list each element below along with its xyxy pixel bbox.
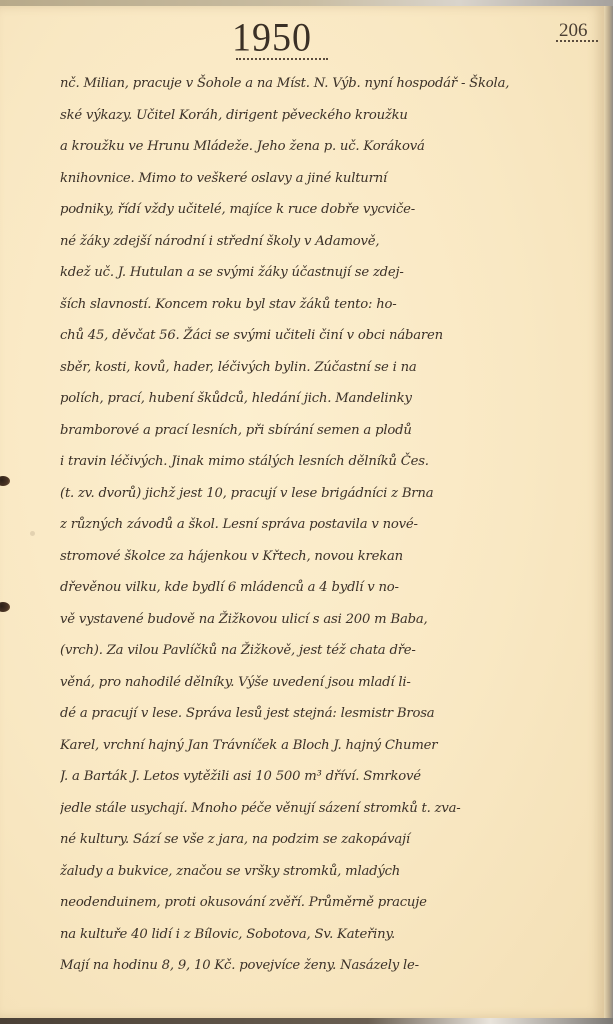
page-number: 206 <box>559 20 588 42</box>
text-line: J. a Barták J. Letos vytěžili asi 10 500… <box>60 761 560 793</box>
text-line: chů 45, děvčat 56. Žáci se svými učiteli… <box>60 320 560 352</box>
binding-hole-icon <box>0 602 10 612</box>
text-line: (vrch). Za vilou Pavlíčků na Žižkově, je… <box>60 635 560 667</box>
text-line: ské výkazy. Učitel Koráh, dirigent pěvec… <box>60 100 560 132</box>
chronicle-page: 1950 206 nč. Milian, pracuje v Šohole a … <box>0 6 604 1018</box>
text-line: a kroužku ve Hrunu Mládeže. Jeho žena p.… <box>60 131 560 163</box>
text-line: ších slavností. Koncem roku byl stav žák… <box>60 289 560 321</box>
text-line: knihovnice. Mimo to veškeré oslavy a jin… <box>60 163 560 195</box>
text-line: sběr, kosti, kovů, hader, léčivých bylin… <box>60 352 560 384</box>
text-line: nč. Milian, pracuje v Šohole a na Míst. … <box>60 68 560 100</box>
text-line: žaludy a bukvice, značou se vršky stromk… <box>60 856 560 888</box>
text-line: bramborové a prací lesních, při sbírání … <box>60 415 560 447</box>
text-line: podniky, řídí vždy učitelé, majíce k ruc… <box>60 194 560 226</box>
text-line: (t. zv. dvorů) jichž jest 10, pracují v … <box>60 478 560 510</box>
binding-hole-icon <box>0 476 10 486</box>
handwritten-text-block: nč. Milian, pracuje v Šohole a na Míst. … <box>60 68 560 982</box>
text-line: stromové školce za hájenkou v Křtech, no… <box>60 541 560 573</box>
text-line: Karel, vrchní hajný Jan Trávníček a Bloc… <box>60 730 560 762</box>
year-underline-decoration <box>236 58 328 60</box>
text-line: jedle stále usychají. Mnoho péče věnují … <box>60 793 560 825</box>
year-heading: 1950 <box>232 15 312 61</box>
scanner-bottom-edge <box>0 1018 613 1024</box>
text-line: dé a pracují v lese. Správa lesů jest st… <box>60 698 560 730</box>
text-line: polích, prací, hubení škůdců, hledání ji… <box>60 383 560 415</box>
page-number-underline-decoration <box>556 40 598 42</box>
page-right-edge <box>604 6 613 1018</box>
text-line: né žáky zdejší národní i střední školy v… <box>60 226 560 258</box>
text-line: z různých závodů a škol. Lesní správa po… <box>60 509 560 541</box>
text-line: dřevěnou vilku, kde bydlí 6 mládenců a 4… <box>60 572 560 604</box>
text-line: i travin léčivých. Jinak mimo stálých le… <box>60 446 560 478</box>
text-line: Mají na hodinu 8, 9, 10 Kč. povejvíce že… <box>60 950 560 982</box>
scan-frame: 1950 206 nč. Milian, pracuje v Šohole a … <box>0 0 613 1024</box>
text-line: věná, pro nahodilé dělníky. Výše uvedení… <box>60 667 560 699</box>
text-line: neodenduinem, proti okusování zvěří. Prů… <box>60 887 560 919</box>
text-line: né kultury. Sází se vše z jara, na podzi… <box>60 824 560 856</box>
paper-stain <box>30 531 35 536</box>
text-line: na kultuře 40 lidí i z Bílovic, Sobotova… <box>60 919 560 951</box>
text-line: vě vystavené budově na Žižkovou ulicí s … <box>60 604 560 636</box>
text-line: kdež uč. J. Hutulan a se svými žáky účas… <box>60 257 560 289</box>
